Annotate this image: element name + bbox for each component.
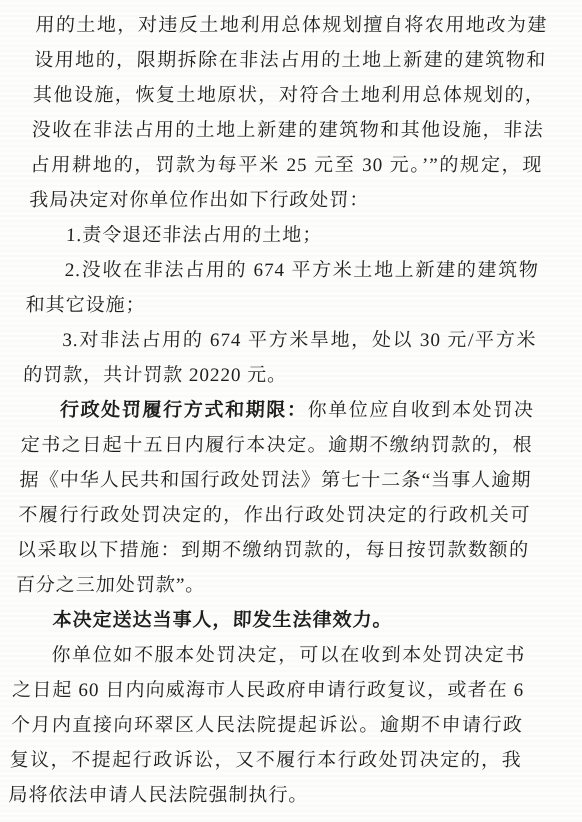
paragraph-legal-effect: 本决定送达当事人，即发生法律效力。 <box>14 603 527 638</box>
paragraph-text: 2.没收在非法占用的 674 平方米土地上新建的建筑物和其它设施； <box>25 260 539 316</box>
paragraph-text: 1.责令退还非法占用的土地； <box>66 225 323 246</box>
paragraph-appeal-rights: 你单位如不服本处罚决定，可以在收到本处罚决定书之日起 60 日内向威海市人民政府… <box>8 638 526 813</box>
paragraph-penalty-item-3: 3.对非法占用的 674 平方米旱地，处以 30 元/平方米的罚款，共计罚款 2… <box>23 323 537 393</box>
paragraph-text: 用的土地，对违反土地利用总体规划擅自将农用地改为建设用地的，限期拆除在非法占用的… <box>29 15 548 211</box>
paragraph-text: 3.对非法占用的 674 平方米旱地，处以 30 元/平方米的罚款，共计罚款 2… <box>23 330 537 386</box>
paragraph-penalty-item-2: 2.没收在非法占用的 674 平方米土地上新建的建筑物和其它设施； <box>25 253 539 323</box>
paragraph-text: 你单位应自收到本处罚决定书之日起十五日内履行本决定。逾期不缴纳罚款的，根据《中华… <box>15 400 534 596</box>
legal-effect-statement: 本决定送达当事人，即发生法律效力。 <box>52 610 393 631</box>
paragraph-text: 你单位如不服本处罚决定，可以在收到本处罚决定书之日起 60 日内向威海市人民政府… <box>8 645 526 806</box>
paragraph-penalty-item-1: 1.责令退还非法占用的土地； <box>27 218 540 253</box>
paragraph-body-continuation: 用的土地，对违反土地利用总体规划擅自将农用地改为建设用地的，限期拆除在非法占用的… <box>29 8 548 218</box>
document-text-block: 用的土地，对违反土地利用总体规划擅自将农用地改为建设用地的，限期拆除在非法占用的… <box>8 8 548 813</box>
fulfillment-terms-heading: 行政处罚履行方式和期限： <box>60 400 308 421</box>
paragraph-fulfillment-terms: 行政处罚履行方式和期限：你单位应自收到本处罚决定书之日起十五日内履行本决定。逾期… <box>15 393 534 603</box>
scanned-document-page: 用的土地，对违反土地利用总体规划擅自将农用地改为建设用地的，限期拆除在非法占用的… <box>0 0 582 822</box>
